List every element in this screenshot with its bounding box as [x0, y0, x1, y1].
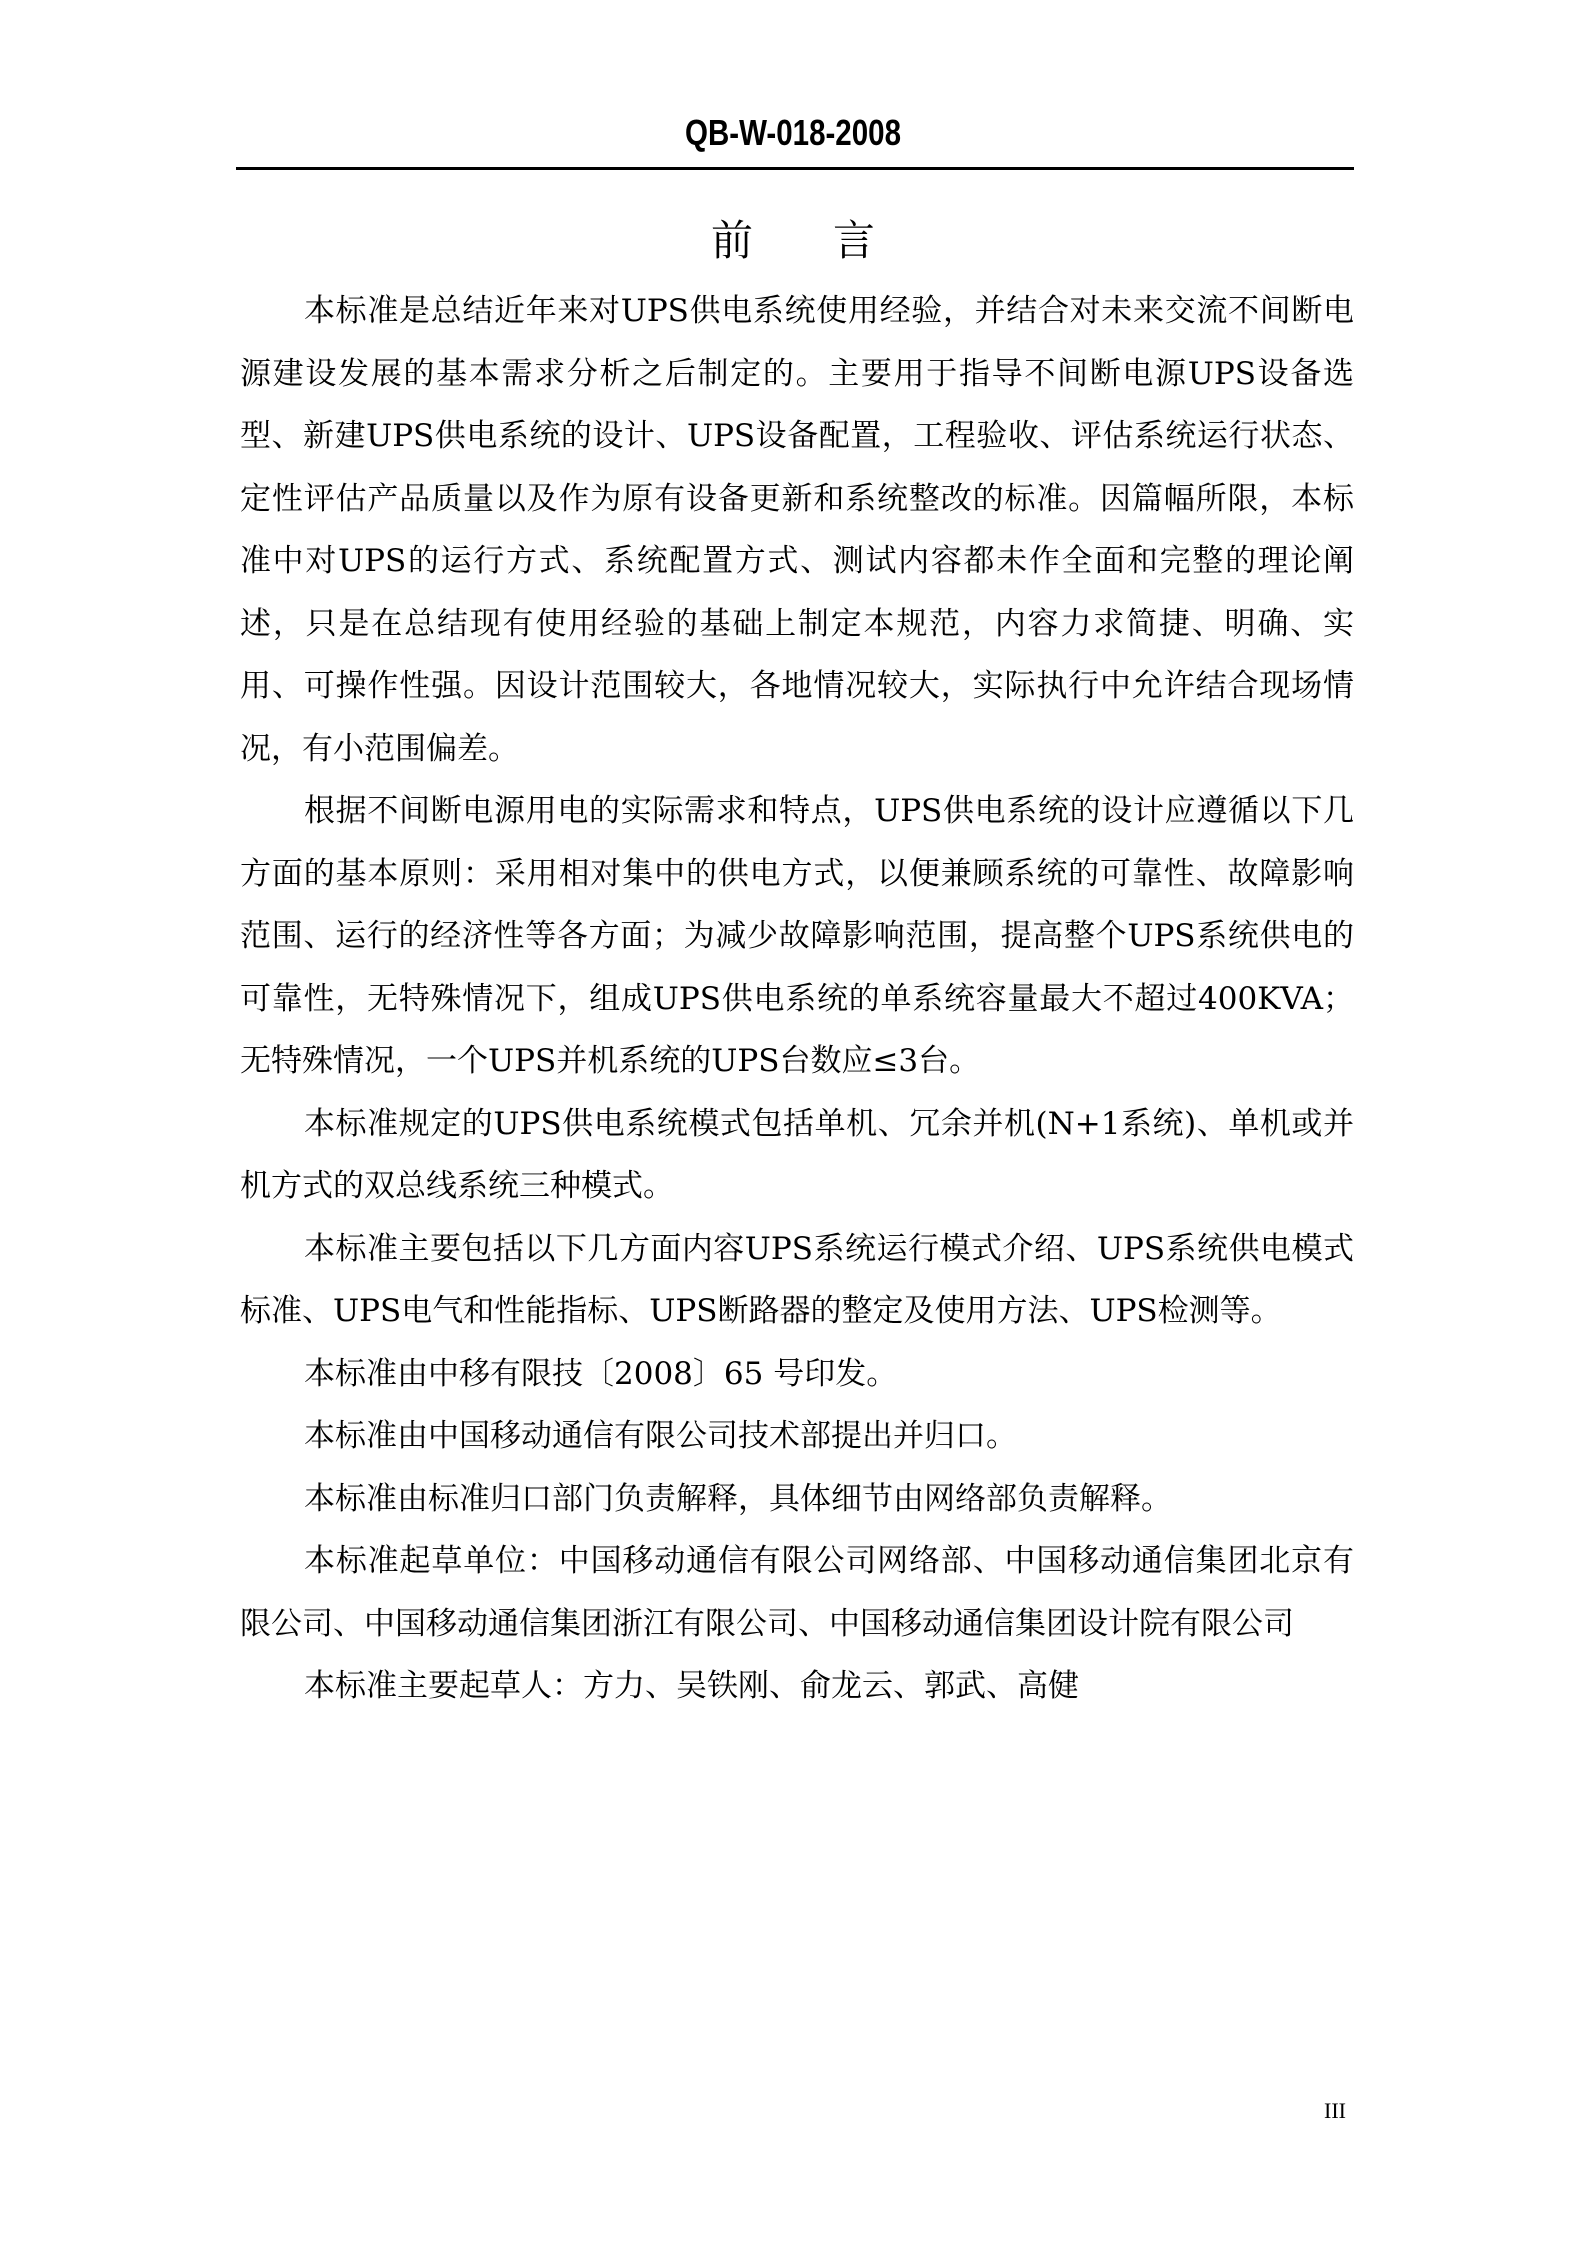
page-title: 前言	[0, 208, 1586, 268]
paragraph-proposer: 本标准由中国移动通信有限公司技术部提出并归口。	[240, 1405, 1354, 1468]
paragraph-issuance: 本标准由中移有限技〔2008〕65 号印发。	[240, 1343, 1354, 1406]
standard-code-header: QB-W-018-2008	[143, 112, 1444, 154]
page-number: III	[1324, 2098, 1346, 2124]
paragraph-design-principles: 根据不间断电源用电的实际需求和特点，UPS供电系统的设计应遵循以下几方面的基本原…	[240, 780, 1354, 1093]
paragraph-system-modes: 本标准规定的UPS供电系统模式包括单机、冗余并机(N+1系统)、单机或并机方式的…	[240, 1093, 1354, 1218]
page-title-char-1: 前	[711, 216, 753, 265]
header-divider	[236, 167, 1354, 170]
page-title-char-2: 言	[833, 216, 875, 265]
paragraph-drafters: 本标准主要起草人：方力、吴铁刚、俞龙云、郭武、高健	[240, 1655, 1354, 1718]
paragraph-purpose: 本标准是总结近年来对UPS供电系统使用经验，并结合对未来交流不间断电源建设发展的…	[240, 280, 1354, 780]
paragraph-contents: 本标准主要包括以下几方面内容UPS系统运行模式介绍、UPS系统供电模式标准、UP…	[240, 1218, 1354, 1343]
paragraph-drafting-units: 本标准起草单位：中国移动通信有限公司网络部、中国移动通信集团北京有限公司、中国移…	[240, 1530, 1354, 1655]
paragraph-interpretation: 本标准由标准归口部门负责解释，具体细节由网络部负责解释。	[240, 1468, 1354, 1531]
foreword-body: 本标准是总结近年来对UPS供电系统使用经验，并结合对未来交流不间断电源建设发展的…	[240, 280, 1354, 1718]
